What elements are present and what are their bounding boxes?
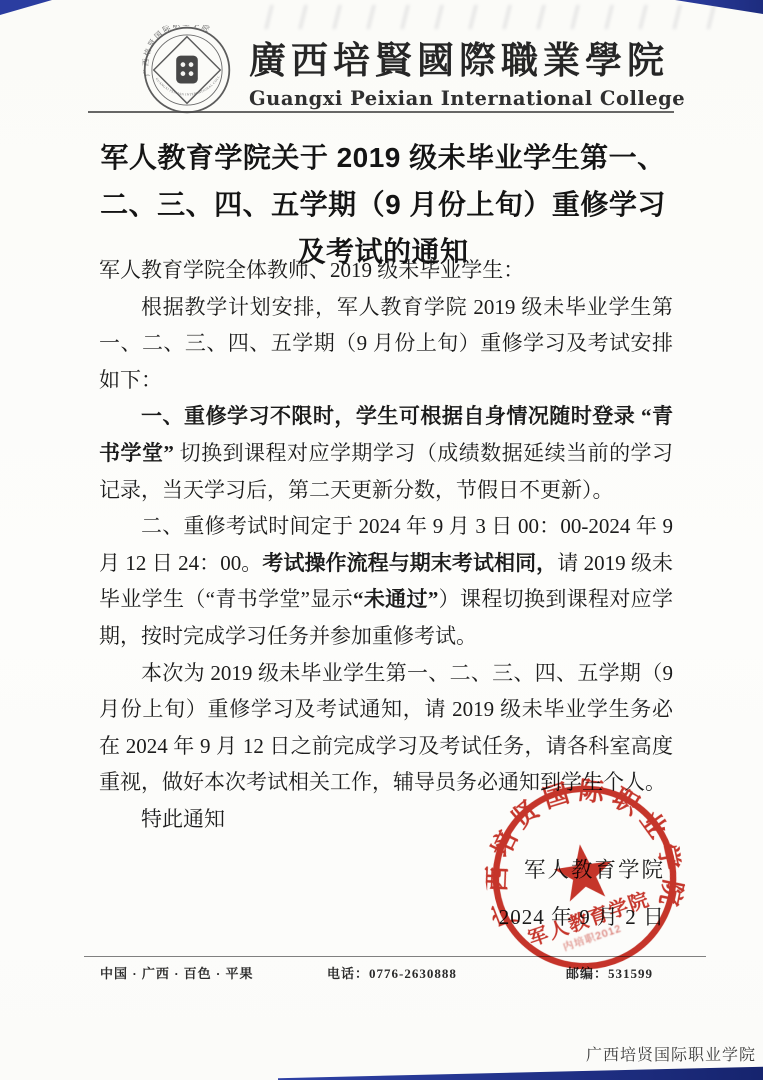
notice-title-line: 二、三、四、五学期（9 月份上旬）重修学习 xyxy=(92,181,674,228)
seal-star-icon xyxy=(551,840,616,903)
watermark-text: 广西培贤国际职业学院 xyxy=(586,1042,756,1065)
footer-address: 中国 · 广西 · 百色 · 平果 xyxy=(100,963,254,982)
footer-phone: 电话：0776-2630888 xyxy=(327,963,457,982)
notice-paragraph: 根据教学计划安排，军人教育学院 2019 级未毕业学生第一、二、三、四、五学期（… xyxy=(99,289,673,399)
college-name-zh: 廣西培賢國際職業學院 xyxy=(249,30,685,84)
notice-title-line: 军人教育学院关于 2019 级未毕业学生第一、 xyxy=(92,134,674,181)
paragraph-run: 特此通知 xyxy=(141,807,225,831)
notice-body: 军人教育学院全体教师、2019 级未毕业学生：根据教学计划安排，军人教育学院 2… xyxy=(99,252,673,838)
college-emblem-icon: 广西培贤国际职业学院 GUANGXI PEIXIAN INTERNATIONAL… xyxy=(140,25,234,115)
scanned-notice-page: 广西培贤国际职业学院 GUANGXI PEIXIAN INTERNATIONAL… xyxy=(0,0,763,1080)
letterhead: 广西培贤国际职业学院 GUANGXI PEIXIAN INTERNATIONAL… xyxy=(140,25,685,115)
paragraph-run: 考试操作流程与期末考试相同， xyxy=(262,551,557,575)
scan-background-corner-left xyxy=(0,0,52,15)
college-name-block: 廣西培賢國際職業學院 Guangxi Peixian International… xyxy=(249,30,685,110)
notice-paragraph: 一、重修学习不限时，学生可根据自身情况随时登录 “青书学堂” 切换到课程对应学期… xyxy=(99,398,673,508)
paragraph-run: 根据教学计划安排，军人教育学院 2019 级未毕业学生第一、二、三、四、五学期（… xyxy=(99,295,673,392)
paragraph-run: 切换到课程对应学期学习（成绩数据延续当前的学习记录，当天学习后，第二天更新分数，… xyxy=(99,441,673,502)
paragraph-run: 军人教育学院全体教师、2019 级未毕业学生： xyxy=(99,258,524,282)
paragraph-run: 本次为 2019 级未毕业学生第一、二、三、四、五学期（9 月份上旬）重修学习及… xyxy=(99,661,673,795)
paragraph-run: “未通过” xyxy=(353,587,438,611)
college-name-en: Guangxi Peixian International College xyxy=(249,87,685,110)
letterhead-divider xyxy=(88,111,674,113)
notice-paragraph: 军人教育学院全体教师、2019 级未毕业学生： xyxy=(99,252,673,289)
notice-paragraph: 二、重修考试时间定于 2024 年 9 月 3 日 00：00-2024 年 9… xyxy=(99,508,673,654)
official-red-seal: 广西培贤国际职业学院 军人教育学院 内培职2012 xyxy=(473,766,695,988)
scan-edge-bottom xyxy=(278,1065,763,1080)
